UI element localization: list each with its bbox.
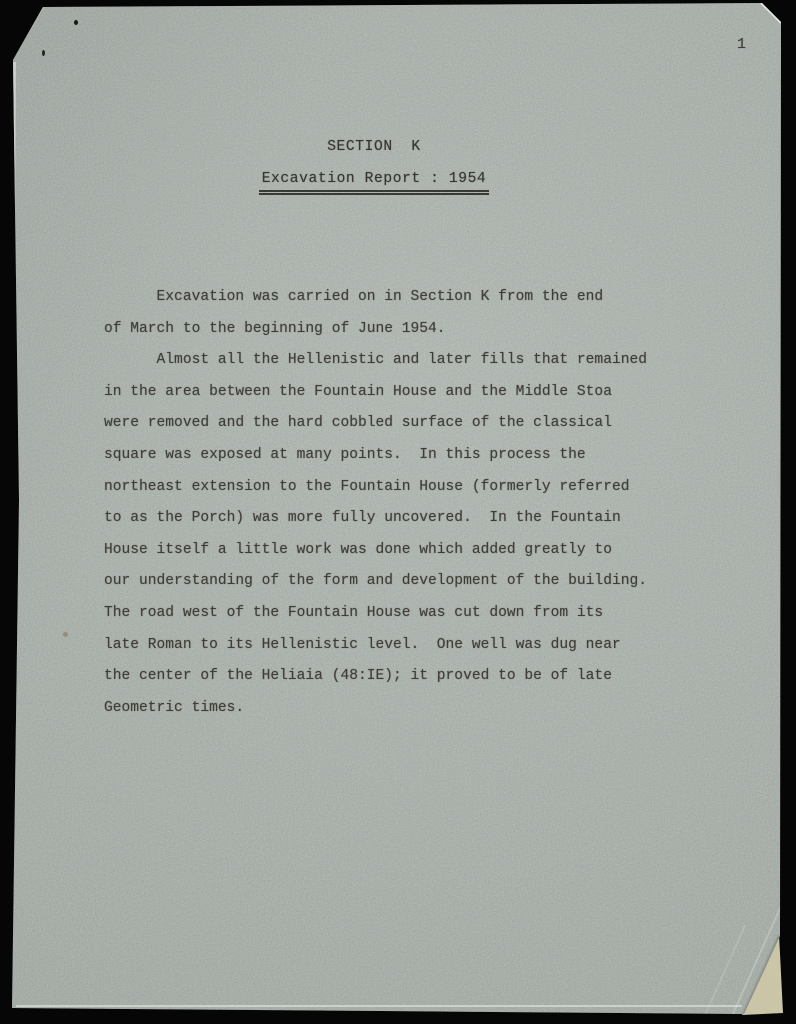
scanned-document: 1 SECTION K Excavation Report : 1954 Exc… <box>0 0 796 1024</box>
typewritten-text-layer: 1 SECTION K Excavation Report : 1954 Exc… <box>0 0 796 1024</box>
report-title-underlined-text: Excavation Report : 1954 <box>259 171 490 195</box>
section-heading: SECTION K <box>0 139 748 156</box>
body-text: Excavation was carried on in Section K f… <box>104 282 704 724</box>
page-number: 1 <box>737 36 746 53</box>
report-title: Excavation Report : 1954 <box>0 171 748 188</box>
